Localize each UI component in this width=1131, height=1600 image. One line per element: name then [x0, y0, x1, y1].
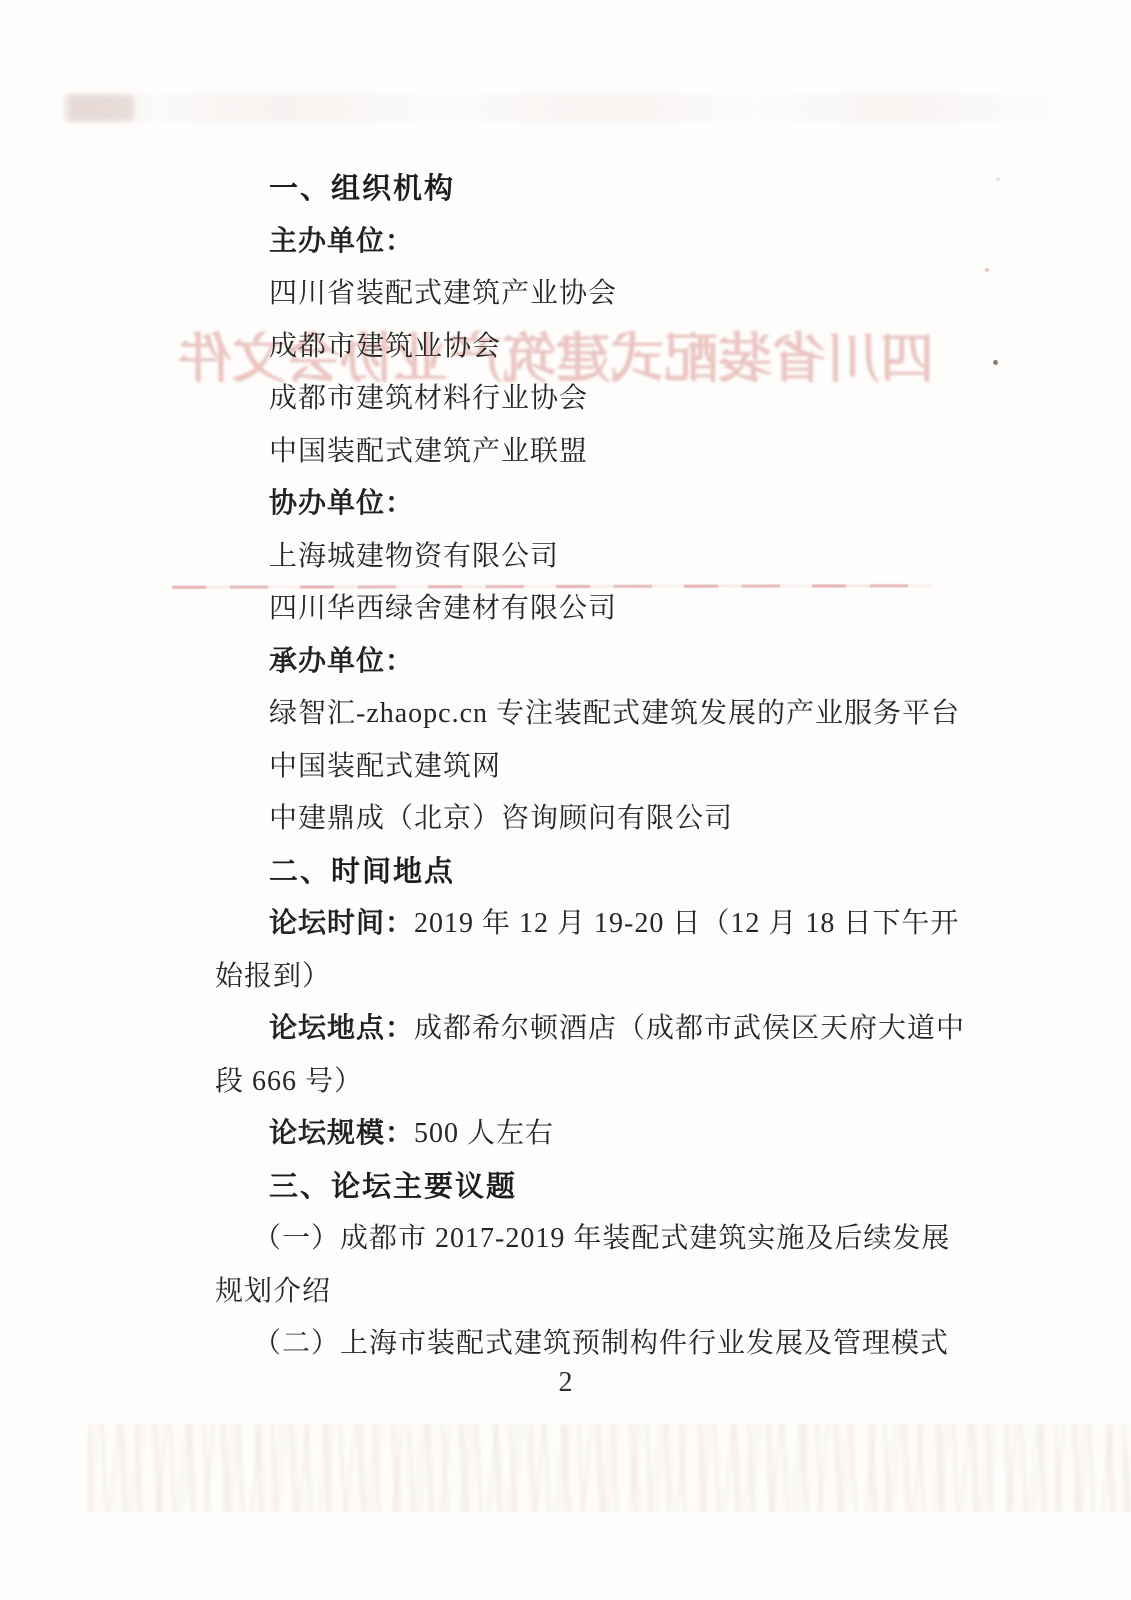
page-number: 2	[0, 1363, 1131, 1403]
forum-scale-label: 论坛规模：	[269, 1118, 414, 1149]
scan-speck-dot	[996, 178, 1000, 181]
organizer-unit: 绿智汇-zhaopc.cn 专注装配式建筑发展的产业服务平台	[215, 688, 957, 741]
forum-scale-line: 论坛规模：500 人左右	[215, 1108, 957, 1161]
forum-place-label: 论坛地点：	[269, 1013, 414, 1044]
topic-item-one: （一）成都市 2017-2019 年装配式建筑实施及后续发展	[215, 1213, 957, 1266]
host-units-label: 主办单位：	[215, 216, 957, 269]
section-three-heading: 三、论坛主要议题	[215, 1161, 957, 1214]
scan-speck-dot	[993, 360, 998, 365]
topic-item-one-continuation: 规划介绍	[215, 1266, 957, 1319]
organizer-units-label: 承办单位：	[215, 636, 957, 689]
organizer-unit: 中国装配式建筑网	[215, 741, 957, 794]
forum-place-value: 成都希尔顿酒店（成都市武侯区天府大道中	[414, 1013, 965, 1044]
host-unit: 中国装配式建筑产业联盟	[215, 426, 957, 479]
host-unit: 成都市建筑材料行业协会	[215, 373, 957, 426]
forum-time-line: 论坛时间：2019 年 12 月 19-20 日（12 月 18 日下午开	[215, 898, 957, 951]
forum-time-value: 2019 年 12 月 19-20 日（12 月 18 日下午开	[414, 908, 959, 939]
co-host-unit: 四川华西绿舍建材有限公司	[215, 583, 957, 636]
forum-scale-value: 500 人左右	[414, 1118, 554, 1149]
scan-speck-dot	[985, 268, 989, 272]
co-host-units-label: 协办单位：	[215, 478, 957, 531]
co-host-unit: 上海城建物资有限公司	[215, 531, 957, 584]
scan-smudge-top-blotch	[70, 95, 134, 121]
section-two-heading: 二、时间地点	[215, 846, 957, 899]
forum-place-line: 论坛地点：成都希尔顿酒店（成都市武侯区天府大道中	[215, 1003, 957, 1056]
organizer-unit: 中建鼎成（北京）咨询顾问有限公司	[215, 793, 957, 846]
scan-noise-bottom-band	[88, 1424, 1131, 1512]
scanned-document-page: 四川省装配式建筑产业协会文件 一、组织机构 主办单位： 四川省装配式建筑产业协会…	[0, 0, 1131, 1600]
host-unit: 成都市建筑业协会	[215, 321, 957, 374]
section-one-heading: 一、组织机构	[215, 163, 957, 216]
forum-time-label: 论坛时间：	[269, 908, 414, 939]
host-unit: 四川省装配式建筑产业协会	[215, 268, 957, 321]
scan-smudge-top-band	[64, 94, 1056, 122]
forum-place-continuation: 段 666 号）	[215, 1056, 957, 1109]
forum-time-continuation: 始报到）	[215, 951, 957, 1004]
document-body: 一、组织机构 主办单位： 四川省装配式建筑产业协会 成都市建筑业协会 成都市建筑…	[215, 163, 957, 1371]
